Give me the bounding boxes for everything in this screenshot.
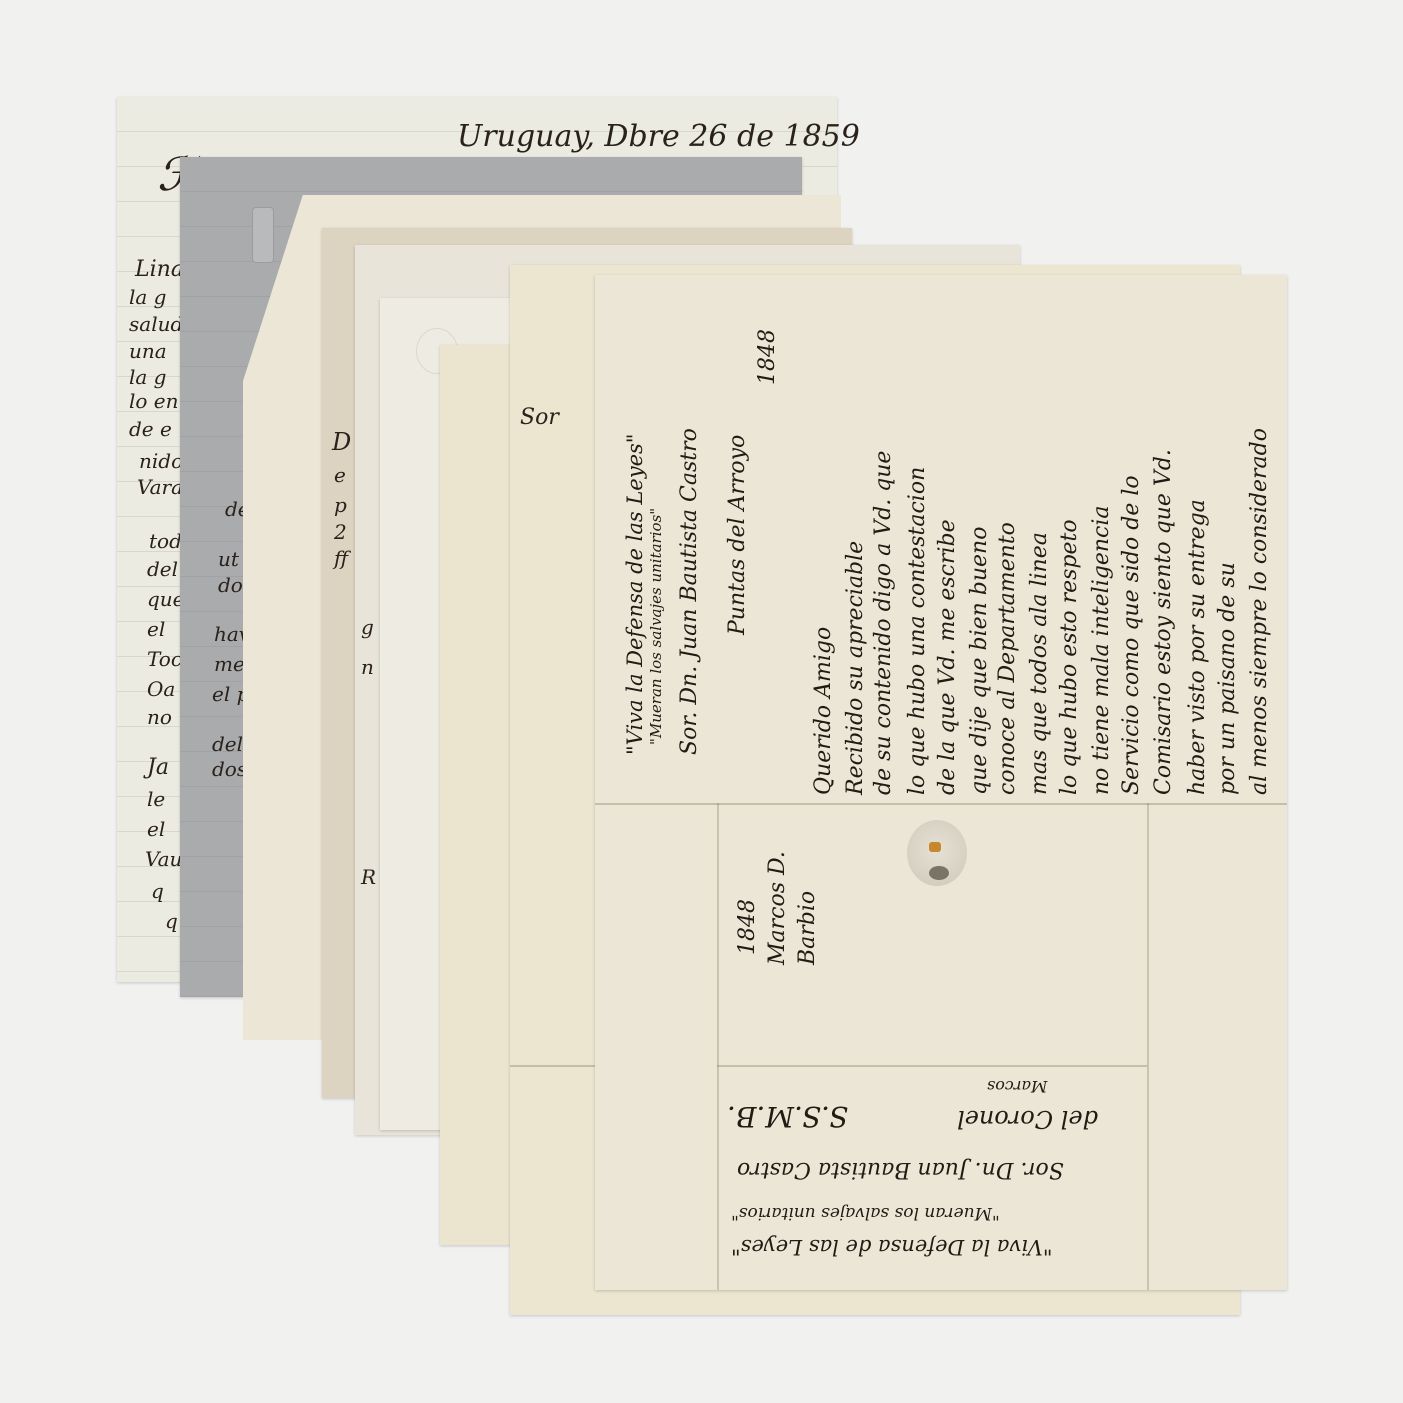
body-line: de su contenido digo a Vd. que: [871, 451, 896, 795]
grey-letter-word: dos: [212, 757, 247, 781]
body-line: Servicio como que sido de lo: [1119, 475, 1144, 795]
grey-letter-word: do: [218, 573, 243, 597]
margin-word: Oa: [147, 677, 175, 701]
body-line: lo que hubo una contestacion: [905, 467, 930, 795]
margin-word: una: [129, 339, 167, 363]
margin-word: q: [165, 909, 178, 933]
header-motto-1: "Viva la Defensa de las Leyes": [623, 434, 647, 755]
header-motto-2: "Mueran los salvajes unitarios": [647, 508, 665, 745]
wax-seal-icon: [907, 820, 967, 886]
header-recipient: Sor. Dn. Juan Bautista Castro: [677, 428, 702, 755]
tan-letter-word: p: [334, 493, 347, 517]
grey-letter-word: ut: [218, 547, 239, 571]
margin-word: la g: [129, 365, 166, 389]
body-line: mas que todos ala linea: [1027, 532, 1052, 795]
body-line: Recibido su apreciable: [843, 541, 868, 795]
margin-word: nido: [139, 449, 183, 473]
body-line: por un paisano de su: [1215, 562, 1240, 795]
body-line: que dije que bien bueno: [967, 527, 992, 795]
body-line: haber visto por su entrega: [1185, 499, 1210, 795]
beige-letter-word: n: [361, 655, 374, 679]
address-coronel: del Coronel: [957, 1105, 1098, 1133]
margin-word: del: [147, 557, 178, 581]
address-marcos: Marcos: [987, 1077, 1047, 1096]
outer-sheet-salutation: Sor: [520, 405, 559, 430]
beige-letter-word: g: [361, 615, 374, 639]
margin-word: le: [147, 787, 165, 811]
grey-letter-word: me: [214, 652, 245, 676]
address-panel: 1848 Marcos D. Barbio S.S.M.B. del Coron…: [717, 805, 1147, 1290]
margin-word: lo en: [129, 389, 179, 413]
margin-word: de e: [129, 417, 172, 441]
header-year: 1848: [755, 329, 780, 385]
margin-word: que: [147, 587, 185, 611]
docket-place: Barbio: [795, 891, 820, 965]
tan-letter-word: e: [334, 463, 346, 487]
margin-word: el: [147, 817, 165, 841]
body-line: conoce al Departamento: [995, 522, 1020, 795]
letter-date-heading: Uruguay, Dbre 26 de 1859: [457, 119, 860, 154]
body-line: lo que hubo esto respeto: [1057, 519, 1082, 795]
margin-word: Vara: [137, 475, 183, 499]
fold-line: [1147, 803, 1149, 1290]
address-salutation: S.S.M.B.: [727, 1100, 848, 1133]
header-place: Puntas del Arroyo: [725, 435, 750, 635]
tan-letter-word: ff: [334, 546, 348, 570]
address-recipient: Sor. Dn. Juan Bautista Castro: [737, 1157, 1064, 1182]
margin-word: el: [147, 617, 165, 641]
margin-word: Vau: [145, 847, 182, 871]
docket-year: 1848: [735, 899, 760, 955]
beige-letter-word: R: [361, 865, 376, 889]
body-opening: Querido Amigo: [811, 627, 836, 795]
letter-sheet-front-1848: "Viva la Defensa de las Leyes" "Mueran l…: [595, 275, 1287, 1290]
body-line: Comisario estoy siento que Vd.: [1151, 449, 1176, 795]
address-motto-1: "Viva la Defensa de las Leyes": [731, 1235, 1052, 1259]
tan-letter-word: 2: [334, 520, 347, 544]
tan-letter-word: D: [332, 428, 351, 456]
margin-word: q: [151, 879, 164, 903]
body-line: no tiene mala inteligencia: [1089, 506, 1114, 796]
grey-letter-word: del: [212, 732, 243, 756]
body-line: de la que Vd. me escribe: [935, 519, 960, 795]
margin-word: Ja: [147, 755, 169, 780]
margin-word: Lina: [135, 257, 184, 282]
address-motto-2: "Mueran los salvajes unitarios": [731, 1203, 1000, 1223]
docket-name: Marcos D.: [765, 851, 790, 965]
margin-word: la g: [129, 285, 166, 309]
body-line: al menos siempre lo considerado: [1247, 428, 1272, 795]
embossed-crest: [252, 207, 274, 263]
margin-word: no: [147, 705, 172, 729]
